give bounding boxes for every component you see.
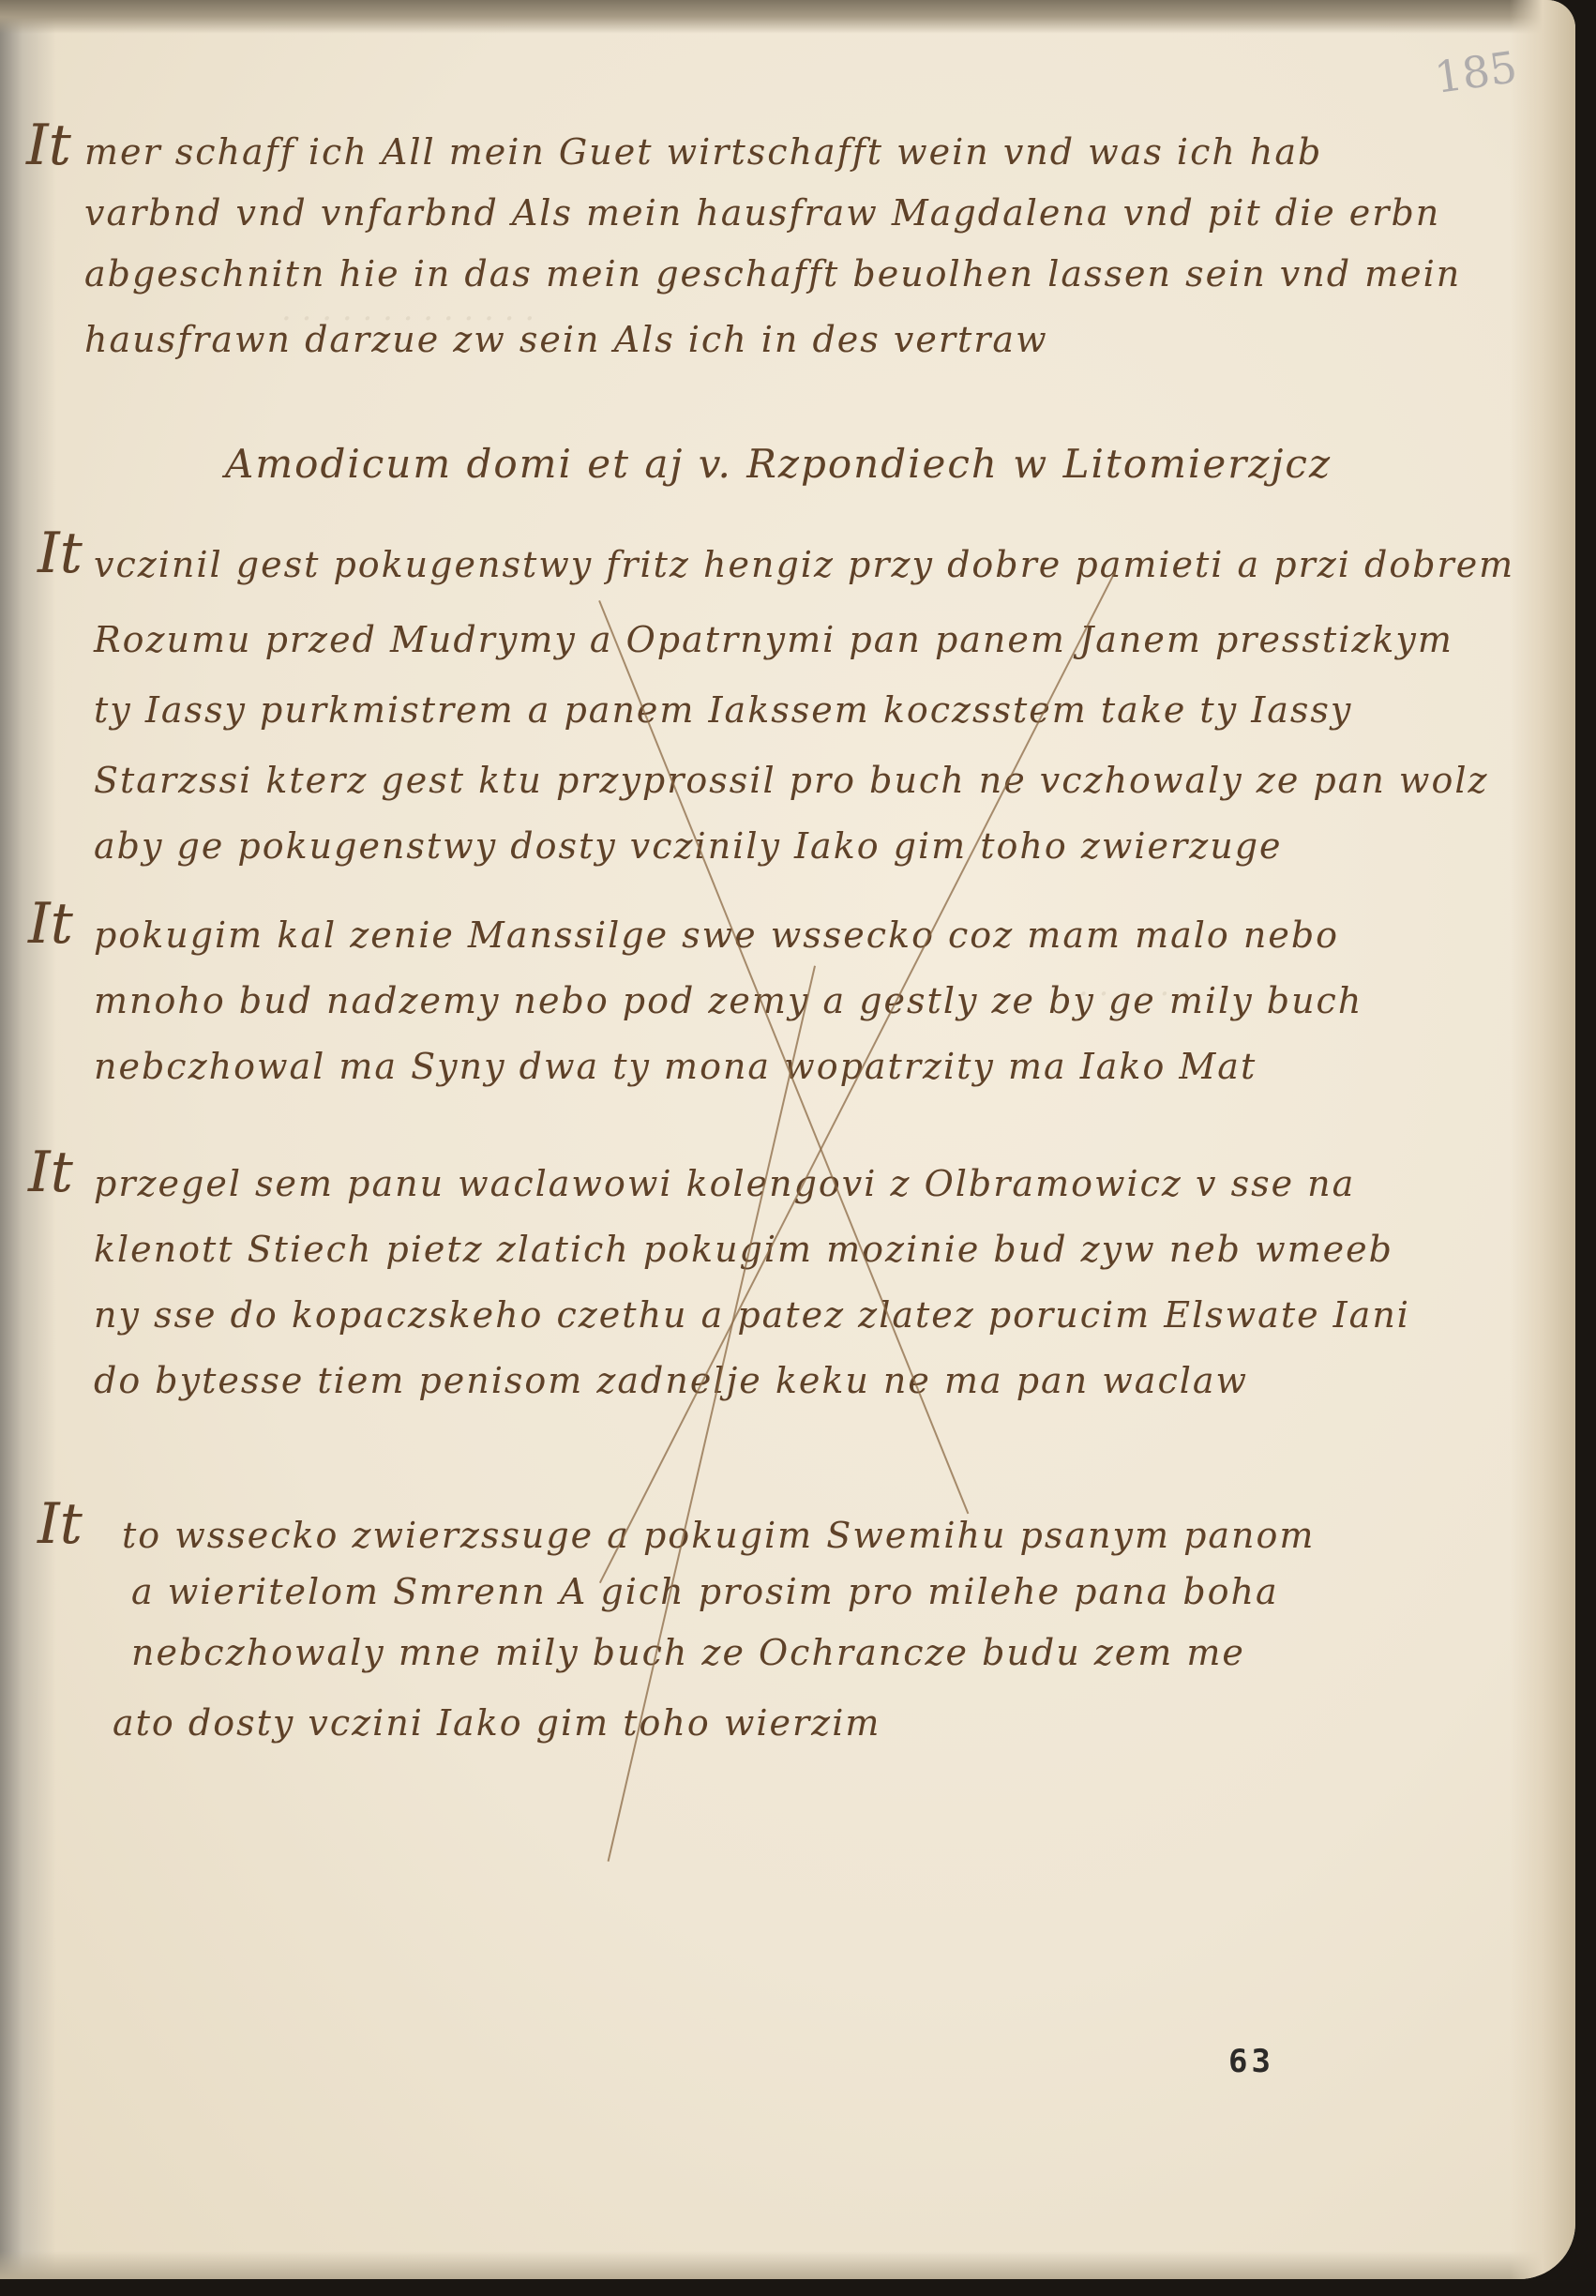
item-marker: It xyxy=(38,1491,83,1557)
text-line: a wieritelom Smrenn A gich prosim pro mi… xyxy=(131,1571,1279,1612)
text-line: varbnd vnd vnfarbnd Als mein hausfraw Ma… xyxy=(84,192,1440,234)
text-line: ato dosty vczini Iako gim toho wierzim xyxy=(113,1702,881,1744)
text-line: nebczhowaly mne mily buch ze Ochrancze b… xyxy=(131,1632,1245,1673)
item-marker: It xyxy=(26,113,71,178)
text-line: ty Iassy purkmistrem a panem Iakssem koc… xyxy=(94,689,1352,731)
text-line: Rozumu przed Mudrymy a Opatrnymi pan pan… xyxy=(94,619,1453,660)
text-line: mnoho bud nadzemy nebo pod zemy a gestly… xyxy=(94,980,1363,1021)
heading-text: Amodicum domi et aj v. Rzpondiech w Lito… xyxy=(225,441,1332,487)
text-line: mer schaff ich All mein Guet wirtschafft… xyxy=(84,131,1322,173)
text-line: nebczhowal ma Syny dwa ty mona wopatrzit… xyxy=(94,1046,1257,1087)
item-marker: It xyxy=(28,891,73,957)
text-line: abgeschnitn hie in das mein geschafft be… xyxy=(84,253,1461,295)
text-line: vczinil gest pokugenstwy fritz hengiz pr… xyxy=(94,544,1514,585)
text-line: to wssecko zwierzssuge a pokugim Swemihu… xyxy=(122,1515,1315,1556)
manuscript-page: · · · · · · · · · · · · · · · · · · · 18… xyxy=(0,0,1575,2279)
text-line: pokugim kal zenie Manssilge swe wssecko … xyxy=(94,914,1339,956)
text-line: ny sse do kopaczskeho czethu a patez zla… xyxy=(94,1294,1410,1336)
item-marker: It xyxy=(28,1140,73,1205)
text-line: klenott Stiech pietz zlatich pokugim moz… xyxy=(94,1229,1393,1270)
page-top-edge xyxy=(0,0,1575,34)
text-line: aby ge pokugenstwy dosty vczinily Iako g… xyxy=(94,825,1283,867)
page-bottom-edge xyxy=(0,2251,1575,2279)
text-line: przegel sem panu waclawowi kolengovi z O… xyxy=(94,1163,1355,1204)
text-line: do bytesse tiem penisom zadnelje keku ne… xyxy=(94,1360,1248,1401)
page-stamp-number: 63 xyxy=(1228,2043,1274,2080)
text-line: Starzssi kterz gest ktu przyprossil pro … xyxy=(94,760,1489,801)
text-line: hausfrawn darzue zw sein Als ich in des … xyxy=(84,319,1048,360)
folio-number-pencil: 185 xyxy=(1432,41,1520,103)
item-marker: It xyxy=(38,521,83,586)
